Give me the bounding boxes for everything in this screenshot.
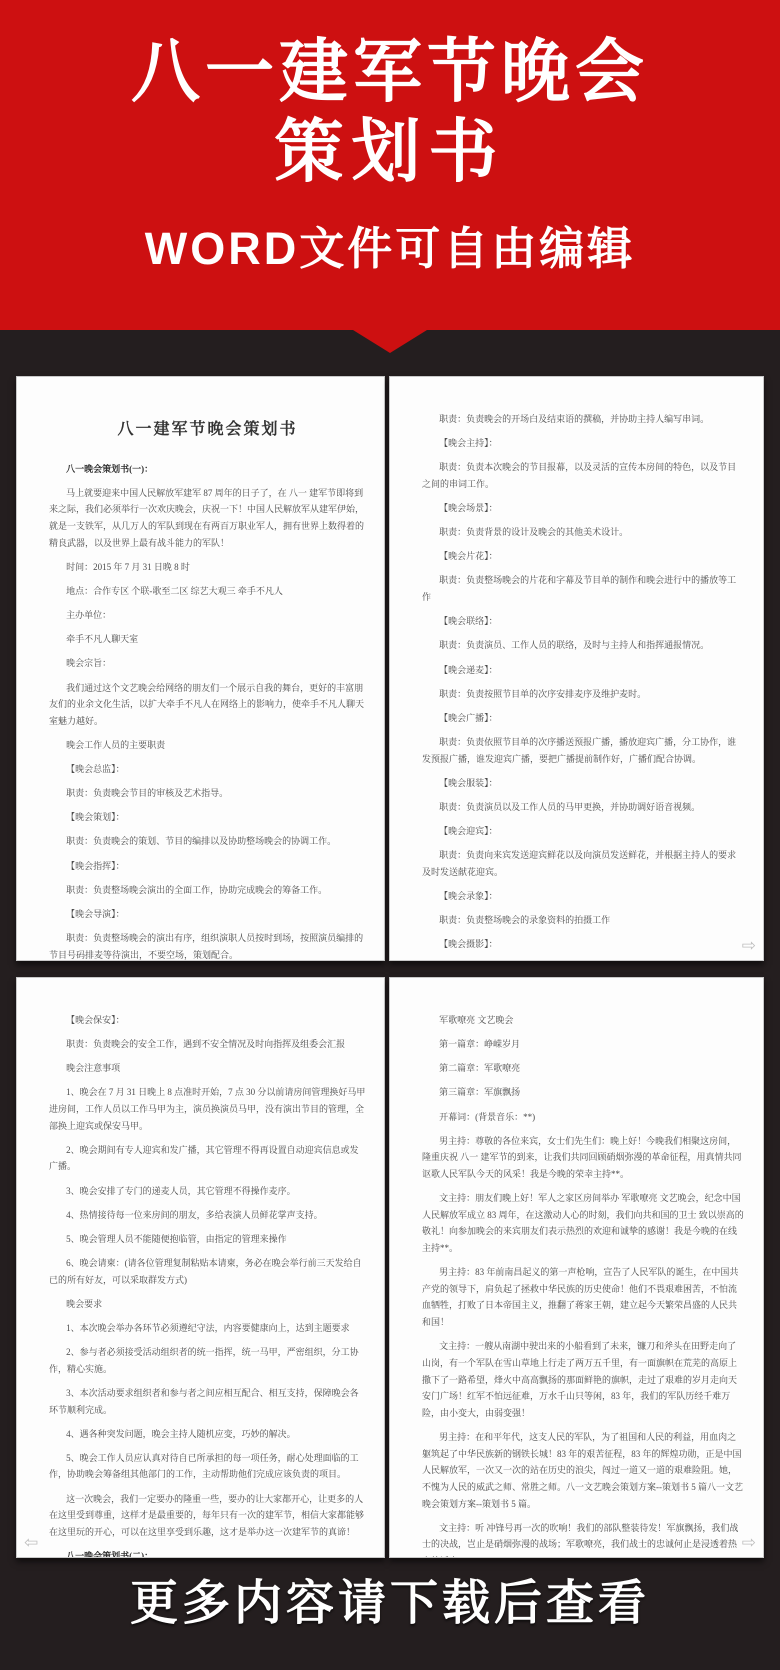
banner-title-line2: 策划书 bbox=[0, 112, 780, 192]
document-paragraph: 时间：2015 年 7 月 31 日晚 8 时 bbox=[49, 559, 366, 576]
document-paragraph: 这一次晚会，我们一定要办的隆重一些，要办的让大家都开心，让更多的人在这里受到尊重… bbox=[49, 1491, 366, 1541]
document-paragraph: 【晚会录象】： bbox=[422, 888, 745, 905]
document-paragraph: 职责：负责晚会的策划、节目的编排以及协助整场晚会的协调工作。 bbox=[49, 833, 366, 850]
document-paragraph: 【晚会递麦】： bbox=[422, 662, 745, 679]
document-paragraph: 男主持：尊敬的各位来宾，女士们先生们：晚上好！今晚我们相聚这房间，隆重庆祝 八一… bbox=[422, 1133, 745, 1183]
document-paragraph: 军歌嘹亮 文艺晚会 bbox=[422, 1012, 745, 1029]
banner-subtitle: WORD文件可自由编辑 bbox=[0, 224, 780, 274]
document-paragraph: 职责：负责依照节目单的次序播送预报广播，播放迎宾广播，分工协作，谁发预报广播，谁… bbox=[422, 734, 745, 767]
document-paragraph: 【晚会指挥】： bbox=[49, 858, 366, 875]
document-paragraph: 2、晚会期间有专人迎宾和发广播，其它管理不得再设置自动迎宾信息或发广播。 bbox=[49, 1142, 366, 1175]
document-paragraph: 晚会工作人员的主要职责 bbox=[49, 737, 366, 754]
document-paragraph: 职责：负责整场晚会的演出有序，组织演职人员按时到场，按照演员编排的节目号码排麦等… bbox=[49, 930, 366, 961]
document-paragraph: 晚会宗旨： bbox=[49, 655, 366, 672]
document-paragraph: 3、晚会安排了专门的递麦人员，其它管理不得操作麦序。 bbox=[49, 1183, 366, 1200]
footer-caption: 更多内容请下载后查看 bbox=[0, 1576, 780, 1632]
document-paragraph: 男主持：83 年前南昌起义的第一声枪响，宣告了人民军队的诞生，在中国共产党的领导… bbox=[422, 1264, 745, 1331]
document-paragraph: 【晚会迎宾】： bbox=[422, 823, 745, 840]
document-paragraph: 【晚会广播】： bbox=[422, 710, 745, 727]
document-paragraph: 第三篇章：军旗飘扬 bbox=[422, 1084, 745, 1101]
document-paragraph: 职责：负责晚会的安全工作，遇到不安全情况及时向指挥及组委会汇报 bbox=[49, 1036, 366, 1053]
document-page-4: 军歌嘹亮 文艺晚会第一篇章：峥嵘岁月第二篇章：军歌嘹亮第三篇章：军旗飘扬开幕词：… bbox=[389, 977, 764, 1558]
document-paragraph: 文主持：一艘从南湖中驶出来的小船看到了未来，镰刀和斧头在田野走向了山岗，有一个军… bbox=[422, 1338, 745, 1421]
document-paragraph: 1、晚会在 7 月 31 日晚上 8 点准时开始，7 点 30 分以前请房间管理… bbox=[49, 1084, 366, 1134]
document-paragraph: 【晚会服装】： bbox=[422, 775, 745, 792]
prev-page-icon[interactable]: ⇦ bbox=[24, 1535, 38, 1552]
next-page-icon[interactable]: ⇨ bbox=[742, 938, 756, 955]
document-paragraph: 5、晚会管理人员不能随便抱临管，由指定的管理来操作 bbox=[49, 1231, 366, 1248]
document-paragraph: 文主持：朋友们晚上好！军人之家区房间举办 军歌嘹亮 文艺晚会，纪念中国人民解放军… bbox=[422, 1190, 745, 1257]
document-paragraph: 牵手不凡人聊天室 bbox=[49, 631, 366, 648]
page-2-content: 职责：负责晚会的开场白及结束语的撰稿，并协助主持人编写串词。【晚会主持】：职责：… bbox=[390, 377, 763, 961]
document-paragraph: 晚会注意事项 bbox=[49, 1060, 366, 1077]
document-paragraph: 第一篇章：峥嵘岁月 bbox=[422, 1036, 745, 1053]
document-paragraph: 4、遇各种突发问题，晚会主持人随机应变，巧妙的解决。 bbox=[49, 1426, 366, 1443]
page-4-content: 军歌嘹亮 文艺晚会第一篇章：峥嵘岁月第二篇章：军歌嘹亮第三篇章：军旗飘扬开幕词：… bbox=[390, 978, 763, 1558]
banner-title-line1: 八一建军节晚会 bbox=[0, 0, 780, 112]
document-paragraph: 第二篇章：军歌嘹亮 bbox=[422, 1060, 745, 1077]
document-paragraph: 职责：负责演员、工作人员的联络，及时与主持人和指挥通报情况。 bbox=[422, 637, 745, 654]
document-paragraph: 【晚会联络】： bbox=[422, 613, 745, 630]
document-paragraph: 职责：负责背景的设计及晚会的其他美术设计。 bbox=[422, 524, 745, 541]
document-page-2: 职责：负责晚会的开场白及结束语的撰稿，并协助主持人编写串词。【晚会主持】：职责：… bbox=[389, 376, 764, 961]
document-paragraph: 【晚会保安】： bbox=[49, 1012, 366, 1029]
document-paragraph: 八一晚会策划书(二)： bbox=[49, 1548, 366, 1558]
banner: 八一建军节晚会 策划书 WORD文件可自由编辑 bbox=[0, 0, 780, 330]
document-paragraph: 职责：负责整场晚会节目的图片资料的拍摄工作 bbox=[422, 960, 745, 961]
document-paragraph: 开幕词：(背景音乐：**) bbox=[422, 1109, 745, 1126]
document-paragraph: 3、本次活动要求组织者和参与者之间应相互配合、相互支持，保障晚会各环节顺利完成。 bbox=[49, 1385, 366, 1418]
document-page-1: 八一建军节晚会策划书八一晚会策划书(一)：马上就要迎来中国人民解放军建军 87 … bbox=[16, 376, 385, 961]
preview-poster: 八一建军节晚会 策划书 WORD文件可自由编辑 八一建军节晚会策划书八一晚会策划… bbox=[0, 0, 780, 1670]
document-paragraph: 2、参与者必须接受活动组织者的统一指挥，统一马甲，严密组织，分工协作，精心实施。 bbox=[49, 1344, 366, 1377]
document-paragraph: 【晚会场景】： bbox=[422, 500, 745, 517]
document-paragraph: 【晚会策划】： bbox=[49, 809, 366, 826]
document-paragraph: 职责：负责整场晚会的片花和字幕及节目单的制作和晚会进行中的播放等工作 bbox=[422, 572, 745, 605]
document-paragraph: 职责：负责向来宾发送迎宾鲜花以及向演员发送鲜花，并根据主持人的要求及时发送献花迎… bbox=[422, 847, 745, 880]
document-paragraph: 职责：负责晚会节目的审核及艺术指导。 bbox=[49, 785, 366, 802]
banner-pointer-triangle bbox=[353, 330, 427, 353]
document-paragraph: 【晚会导演】： bbox=[49, 906, 366, 923]
next-page-icon[interactable]: ⇨ bbox=[742, 1535, 756, 1552]
document-title: 八一建军节晚会策划书 bbox=[49, 415, 366, 445]
document-paragraph: 职责：负责晚会的开场白及结束语的撰稿，并协助主持人编写串词。 bbox=[422, 411, 745, 428]
page-3-content: 【晚会保安】：职责：负责晚会的安全工作，遇到不安全情况及时向指挥及组委会汇报晚会… bbox=[17, 978, 384, 1558]
document-paragraph: 4、热情接待每一位来房间的朋友，多给表演人员鲜花掌声支持。 bbox=[49, 1207, 366, 1224]
document-paragraph: 职责：负责按照节目单的次序安排麦序及维护麦时。 bbox=[422, 686, 745, 703]
document-paragraph: 地点：合作专区 个联-歌至二区 综艺大观三 牵手不凡人 bbox=[49, 583, 366, 600]
document-paragraph: 5、晚会工作人员应认真对待自已所承担的每一项任务，耐心处理面临的工作，协助晚会筹… bbox=[49, 1450, 366, 1483]
document-paragraph: 【晚会主持】： bbox=[422, 435, 745, 452]
document-page-3: 【晚会保安】：职责：负责晚会的安全工作，遇到不安全情况及时向指挥及组委会汇报晚会… bbox=[16, 977, 385, 1558]
document-paragraph: 我们通过这个文艺晚会给网络的朋友们一个展示自我的舞台，更好的丰富朋友们的业余文化… bbox=[49, 680, 366, 730]
document-paragraph: 职责：负责本次晚会的节目报幕，以及灵活的宣传本房间的特色，以及节目之间的串词工作… bbox=[422, 459, 745, 492]
document-paragraph: 1、本次晚会举办各环节必须遵纪守法，内容要健康向上，达到主题要求 bbox=[49, 1320, 366, 1337]
document-paragraph: 文主持：听 冲锋号再一次的吹响！我们的部队整装待发！军旗飘扬，我们战士的决战，岂… bbox=[422, 1520, 745, 1558]
page-1-content: 八一建军节晚会策划书八一晚会策划书(一)：马上就要迎来中国人民解放军建军 87 … bbox=[17, 377, 384, 961]
document-paragraph: 【晚会总监】： bbox=[49, 761, 366, 778]
document-paragraph: 职责：负责演员以及工作人员的马甲更换，并协助调好语音视频。 bbox=[422, 799, 745, 816]
document-paragraph: 【晚会片花】： bbox=[422, 548, 745, 565]
document-paragraph: 男主持：在和平年代，这支人民的军队，为了祖国和人民的利益，用血肉之躯筑起了中华民… bbox=[422, 1429, 745, 1512]
document-paragraph: 晚会要求 bbox=[49, 1296, 366, 1313]
document-paragraph: 主办单位： bbox=[49, 607, 366, 624]
document-paragraph: 职责：负责整场晚会的录象资料的拍摄工作 bbox=[422, 912, 745, 929]
document-paragraph: 马上就要迎来中国人民解放军建军 87 周年的日子了，在 八一 建军节即将到来之际… bbox=[49, 485, 366, 552]
document-paragraph: 6、晚会请柬：(请各位管理复制粘贴本请柬，务必在晚会举行前三天发给自已的所有好友… bbox=[49, 1255, 366, 1288]
document-paragraph: 【晚会摄影】： bbox=[422, 936, 745, 953]
document-paragraph: 职责：负责整场晚会演出的全面工作，协助完成晚会的筹备工作。 bbox=[49, 882, 366, 899]
document-paragraph: 八一晚会策划书(一)： bbox=[49, 461, 366, 478]
